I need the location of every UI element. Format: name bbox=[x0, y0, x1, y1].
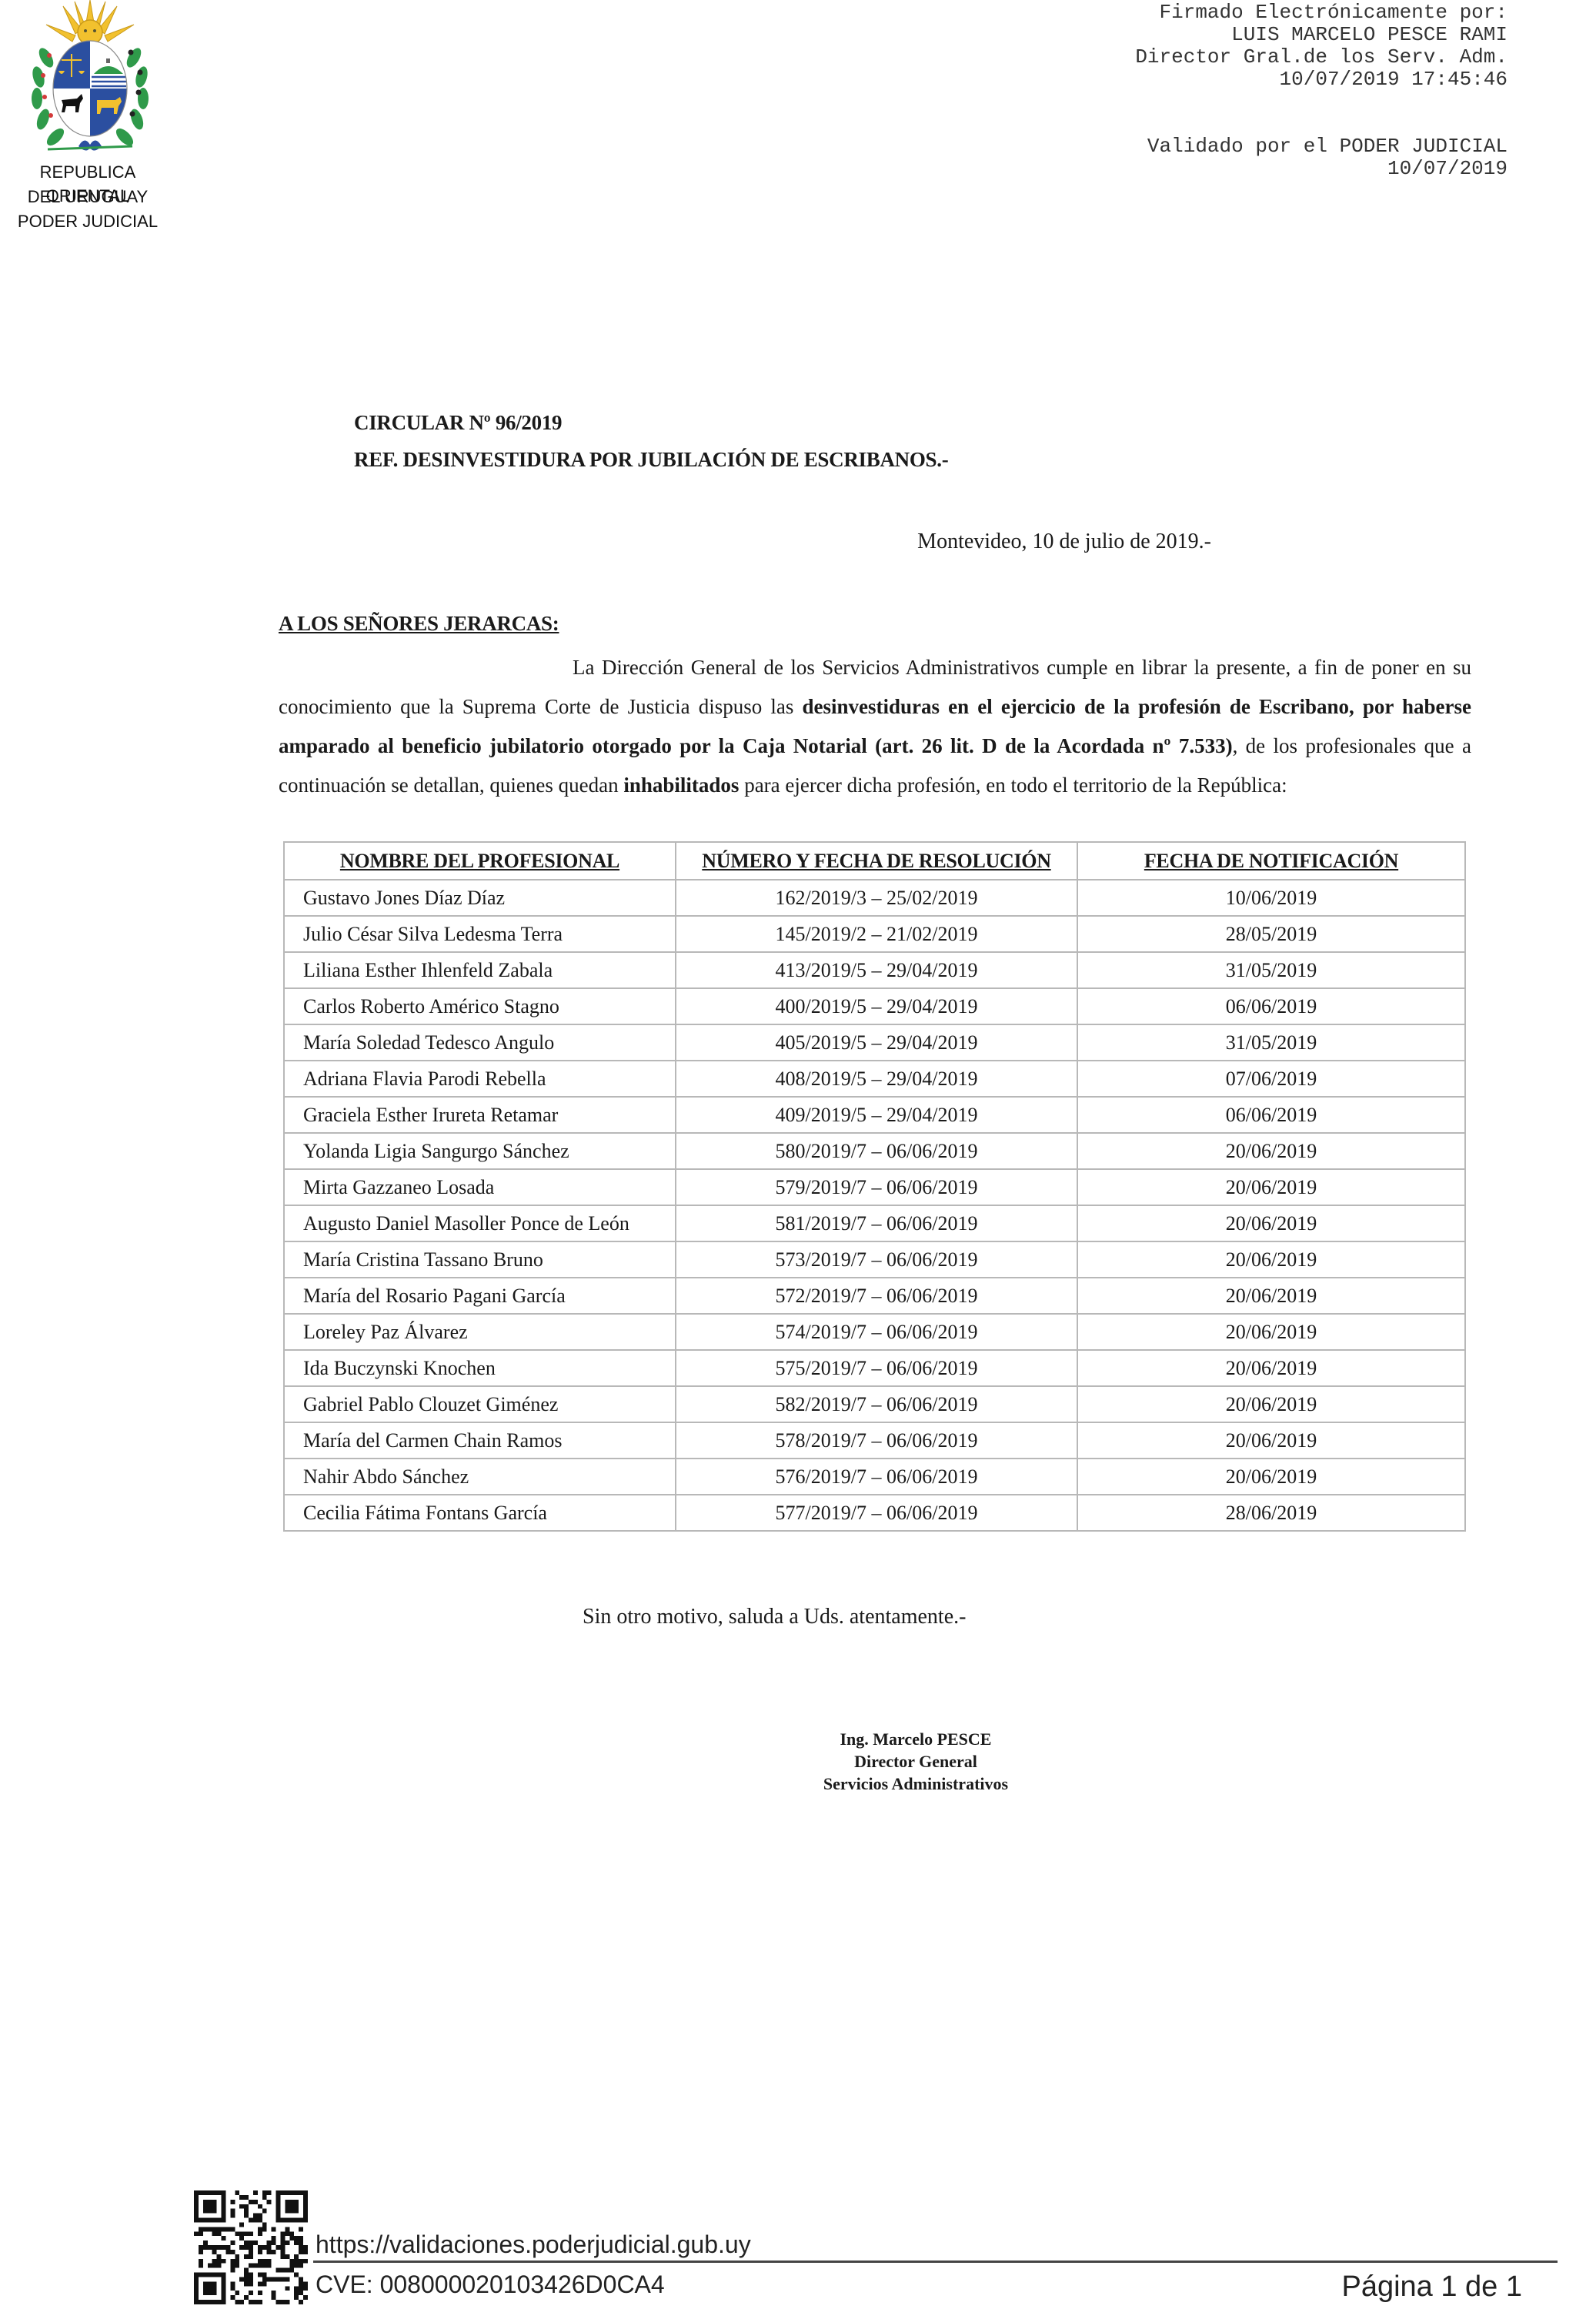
resolution-cell: 145/2019/2 – 21/02/2019 bbox=[676, 916, 1077, 952]
table-row: Gabriel Pablo Clouzet Giménez582/2019/7 … bbox=[284, 1386, 1465, 1422]
professional-name-cell: Liliana Esther Ihlenfeld Zabala bbox=[284, 952, 676, 988]
professional-name-cell: Cecilia Fátima Fontans García bbox=[284, 1495, 676, 1531]
table-body: Gustavo Jones Díaz Díaz162/2019/3 – 25/0… bbox=[284, 880, 1465, 1531]
signature-datetime: 10/07/2019 17:45:46 bbox=[1135, 69, 1508, 91]
salutation: A LOS SEÑORES JERARCAS: bbox=[279, 612, 559, 636]
notification-date-cell: 07/06/2019 bbox=[1077, 1061, 1465, 1097]
professional-name-cell: Gabriel Pablo Clouzet Giménez bbox=[284, 1386, 676, 1422]
table-row: María Soledad Tedesco Angulo405/2019/5 –… bbox=[284, 1024, 1465, 1061]
notification-date-cell: 20/06/2019 bbox=[1077, 1133, 1465, 1169]
notification-date-cell: 06/06/2019 bbox=[1077, 988, 1465, 1024]
header-notification-date: FECHA DE NOTIFICACIÓN bbox=[1077, 842, 1465, 880]
notification-date-cell: 20/06/2019 bbox=[1077, 1422, 1465, 1459]
notification-date-cell: 28/06/2019 bbox=[1077, 1495, 1465, 1531]
resolution-cell: 413/2019/5 – 29/04/2019 bbox=[676, 952, 1077, 988]
notification-date-cell: 20/06/2019 bbox=[1077, 1241, 1465, 1278]
table-row: Graciela Esther Irureta Retamar409/2019/… bbox=[284, 1097, 1465, 1133]
table-row: Cecilia Fátima Fontans García577/2019/7 … bbox=[284, 1495, 1465, 1531]
professional-name-cell: Graciela Esther Irureta Retamar bbox=[284, 1097, 676, 1133]
notification-date-cell: 20/06/2019 bbox=[1077, 1386, 1465, 1422]
professional-name-cell: Augusto Daniel Masoller Ponce de León bbox=[284, 1205, 676, 1241]
notification-date-cell: 31/05/2019 bbox=[1077, 1024, 1465, 1061]
resolution-cell: 405/2019/5 – 29/04/2019 bbox=[676, 1024, 1077, 1061]
logo-caption-line-2: DEL URUGUAY bbox=[0, 185, 175, 209]
notification-date-cell: 20/06/2019 bbox=[1077, 1169, 1465, 1205]
signature-title: Director Gral.de los Serv. Adm. bbox=[1135, 46, 1508, 69]
logo-caption-line-3: PODER JUDICIAL bbox=[0, 209, 175, 233]
signer-unit: Servicios Administrativos bbox=[770, 1773, 1062, 1795]
validation-label: Validado por el PODER JUDICIAL bbox=[1147, 135, 1508, 158]
table-row: Liliana Esther Ihlenfeld Zabala413/2019/… bbox=[284, 952, 1465, 988]
signer-name: Ing. Marcelo PESCE bbox=[770, 1728, 1062, 1750]
table-row: Loreley Paz Álvarez574/2019/7 – 06/06/20… bbox=[284, 1314, 1465, 1350]
resolution-cell: 408/2019/5 – 29/04/2019 bbox=[676, 1061, 1077, 1097]
professional-name-cell: Adriana Flavia Parodi Rebella bbox=[284, 1061, 676, 1097]
validation-date: 10/07/2019 bbox=[1147, 158, 1508, 180]
resolution-cell: 400/2019/5 – 29/04/2019 bbox=[676, 988, 1077, 1024]
notification-date-cell: 10/06/2019 bbox=[1077, 880, 1465, 916]
signer-title: Director General bbox=[770, 1750, 1062, 1773]
signer-block: Ing. Marcelo PESCE Director General Serv… bbox=[770, 1728, 1062, 1795]
professional-name-cell: Loreley Paz Álvarez bbox=[284, 1314, 676, 1350]
notification-date-cell: 28/05/2019 bbox=[1077, 916, 1465, 952]
table-row: Mirta Gazzaneo Losada579/2019/7 – 06/06/… bbox=[284, 1169, 1465, 1205]
notification-date-cell: 20/06/2019 bbox=[1077, 1350, 1465, 1386]
table-row: Gustavo Jones Díaz Díaz162/2019/3 – 25/0… bbox=[284, 880, 1465, 916]
uruguay-coat-of-arms-icon bbox=[17, 0, 163, 158]
table-row: Julio César Silva Ledesma Terra145/2019/… bbox=[284, 916, 1465, 952]
professional-name-cell: Gustavo Jones Díaz Díaz bbox=[284, 880, 676, 916]
page-number: Página 1 de 1 bbox=[1341, 2271, 1522, 2304]
cve-code: CVE: 008000020103426D0CA4 bbox=[316, 2271, 665, 2299]
resolution-cell: 162/2019/3 – 25/02/2019 bbox=[676, 880, 1077, 916]
reference-line: REF. DESINVESTIDURA POR JUBILACIÓN DE ES… bbox=[354, 448, 948, 472]
professional-name-cell: María Cristina Tassano Bruno bbox=[284, 1241, 676, 1278]
closing-line: Sin otro motivo, saluda a Uds. atentamen… bbox=[583, 1605, 966, 1629]
table-row: Adriana Flavia Parodi Rebella408/2019/5 … bbox=[284, 1061, 1465, 1097]
professionals-table: NOMBRE DEL PROFESIONAL NÚMERO Y FECHA DE… bbox=[283, 841, 1466, 1532]
professional-name-cell: Julio César Silva Ledesma Terra bbox=[284, 916, 676, 952]
resolution-cell: 574/2019/7 – 06/06/2019 bbox=[676, 1314, 1077, 1350]
table-row: Augusto Daniel Masoller Ponce de León581… bbox=[284, 1205, 1465, 1241]
notification-date-cell: 20/06/2019 bbox=[1077, 1205, 1465, 1241]
professional-name-cell: María del Rosario Pagani García bbox=[284, 1278, 676, 1314]
notification-date-cell: 06/06/2019 bbox=[1077, 1097, 1465, 1133]
table-row: Nahir Abdo Sánchez576/2019/7 – 06/06/201… bbox=[284, 1459, 1465, 1495]
resolution-cell: 581/2019/7 – 06/06/2019 bbox=[676, 1205, 1077, 1241]
table-row: María Cristina Tassano Bruno573/2019/7 –… bbox=[284, 1241, 1465, 1278]
signature-label: Firmado Electrónicamente por: bbox=[1135, 2, 1508, 24]
header-professional-name: NOMBRE DEL PROFESIONAL bbox=[284, 842, 676, 880]
resolution-cell: 578/2019/7 – 06/06/2019 bbox=[676, 1422, 1077, 1459]
place-date: Montevideo, 10 de julio de 2019.- bbox=[917, 530, 1211, 554]
resolution-cell: 573/2019/7 – 06/06/2019 bbox=[676, 1241, 1077, 1278]
coat-of-arms-logo: REPUBLICA ORIENTAL DEL URUGUAY PODER JUD… bbox=[0, 0, 177, 239]
professional-name-cell: María del Carmen Chain Ramos bbox=[284, 1422, 676, 1459]
body-text-3: para ejercer dicha profesión, en todo el… bbox=[739, 774, 1287, 797]
qr-code-icon bbox=[194, 2190, 308, 2305]
resolution-cell: 576/2019/7 – 06/06/2019 bbox=[676, 1459, 1077, 1495]
table-row: Carlos Roberto Américo Stagno400/2019/5 … bbox=[284, 988, 1465, 1024]
circular-number: CIRCULAR Nº 96/2019 bbox=[354, 411, 562, 435]
table-row: María del Rosario Pagani García572/2019/… bbox=[284, 1278, 1465, 1314]
notification-date-cell: 20/06/2019 bbox=[1077, 1314, 1465, 1350]
resolution-cell: 580/2019/7 – 06/06/2019 bbox=[676, 1133, 1077, 1169]
body-bold-2: inhabilitados bbox=[623, 774, 739, 797]
professional-name-cell: Ida Buczynski Knochen bbox=[284, 1350, 676, 1386]
table-row: Ida Buczynski Knochen575/2019/7 – 06/06/… bbox=[284, 1350, 1465, 1386]
validation-url[interactable]: https://validaciones.poderjudicial.gub.u… bbox=[316, 2230, 751, 2259]
resolution-cell: 575/2019/7 – 06/06/2019 bbox=[676, 1350, 1077, 1386]
resolution-cell: 579/2019/7 – 06/06/2019 bbox=[676, 1169, 1077, 1205]
resolution-cell: 577/2019/7 – 06/06/2019 bbox=[676, 1495, 1077, 1531]
signature-name: LUIS MARCELO PESCE RAMI bbox=[1135, 24, 1508, 46]
notification-date-cell: 31/05/2019 bbox=[1077, 952, 1465, 988]
table-row: Yolanda Ligia Sangurgo Sánchez580/2019/7… bbox=[284, 1133, 1465, 1169]
professional-name-cell: Yolanda Ligia Sangurgo Sánchez bbox=[284, 1133, 676, 1169]
professional-name-cell: Nahir Abdo Sánchez bbox=[284, 1459, 676, 1495]
table-header-row: NOMBRE DEL PROFESIONAL NÚMERO Y FECHA DE… bbox=[284, 842, 1465, 880]
resolution-cell: 409/2019/5 – 29/04/2019 bbox=[676, 1097, 1077, 1133]
resolution-cell: 582/2019/7 – 06/06/2019 bbox=[676, 1386, 1077, 1422]
validation-stamp: Validado por el PODER JUDICIAL10/07/2019 bbox=[1147, 135, 1508, 180]
professional-name-cell: María Soledad Tedesco Angulo bbox=[284, 1024, 676, 1061]
professional-name-cell: Carlos Roberto Américo Stagno bbox=[284, 988, 676, 1024]
professional-name-cell: Mirta Gazzaneo Losada bbox=[284, 1169, 676, 1205]
footer-divider bbox=[313, 2261, 1558, 2263]
electronic-signature-stamp: Firmado Electrónicamente por:LUIS MARCEL… bbox=[1135, 2, 1508, 91]
table-row: María del Carmen Chain Ramos578/2019/7 –… bbox=[284, 1422, 1465, 1459]
resolution-cell: 572/2019/7 – 06/06/2019 bbox=[676, 1278, 1077, 1314]
notification-date-cell: 20/06/2019 bbox=[1077, 1459, 1465, 1495]
header-resolution: NÚMERO Y FECHA DE RESOLUCIÓN bbox=[676, 842, 1077, 880]
body-paragraph: La Dirección General de los Servicios Ad… bbox=[279, 648, 1471, 805]
notification-date-cell: 20/06/2019 bbox=[1077, 1278, 1465, 1314]
